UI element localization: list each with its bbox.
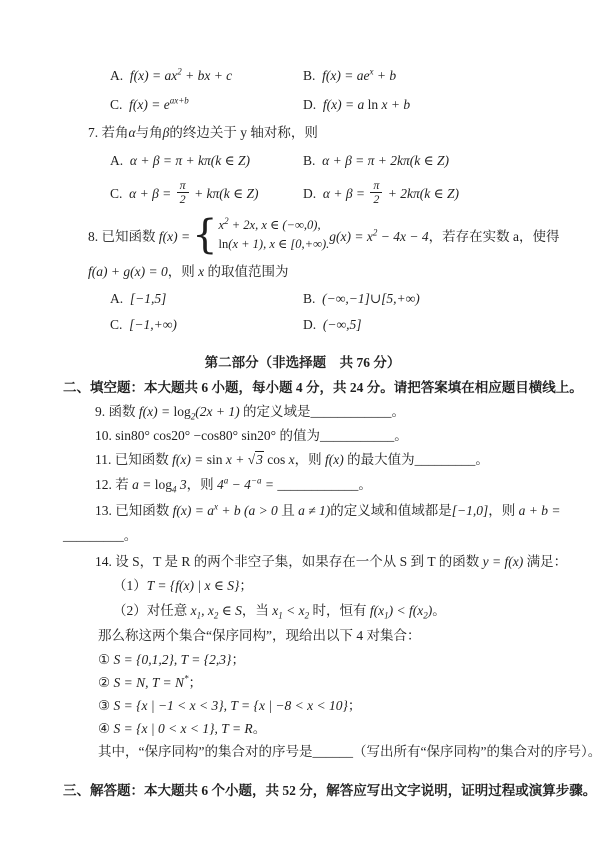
q14-set-pair-1: ① S = {0,1,2}, T = {2,3}； bbox=[98, 648, 542, 671]
q9-line: 9. 函数 f(x) = log2(2x + 1) 的定义域是_________… bbox=[95, 400, 542, 424]
q8-stem-prefix: 8. 已知函数 f(x) = bbox=[88, 225, 190, 245]
q8-piecewise-cases: x2 + 2x, x ∈ (−∞,0), ln(x + 1), x ∈ [0,+… bbox=[219, 216, 330, 254]
q8-options-row-ab: A. [−1,5] B. (−∞,−1]∪[5,+∞) bbox=[110, 286, 542, 312]
q8-option-b: B. (−∞,−1]∪[5,+∞) bbox=[303, 286, 420, 312]
q11-line: 11. 已知函数 f(x) = sin x + √3 cos x，则 f(x) … bbox=[95, 448, 542, 472]
q8-stem-line: 8. 已知函数 f(x) = { x2 + 2x, x ∈ (−∞,0), ln… bbox=[88, 212, 542, 258]
q7-option-d: D. α + β = π2 + 2kπ(k ∈ Z) bbox=[303, 176, 459, 212]
part2-section-intro: 二、填空题：本大题共 6 小题，每小题 4 分，共 24 分。请把答案填在相应题… bbox=[63, 376, 542, 400]
q7-options-row-ab: A. α + β = π + kπ(k ∈ Z) B. α + β = π + … bbox=[110, 146, 542, 176]
q14-set-pair-3: ③ S = {x | −1 < x < 3}, T = {x | −8 < x … bbox=[98, 694, 542, 717]
q13-line-2: _________。 bbox=[63, 524, 542, 548]
q6-option-b: B. f(x) = aex + b bbox=[303, 62, 396, 90]
q7-option-c: C. α + β = π2 + kπ(k ∈ Z) bbox=[110, 176, 303, 212]
part3-section-intro: 三、解答题：本大题共 6 个小题，共 52 分，解答应写出文字说明，证明过程或演… bbox=[63, 778, 542, 804]
q6-option-a: A. f(x) = ax2 + bx + c bbox=[110, 62, 303, 90]
q8-stem-suffix: g(x) = x2 − 4x − 4，若存在实数 a，使得 bbox=[329, 225, 559, 245]
q14-stem: 14. 设 S，T 是 R 的两个非空子集，如果存在一个从 S 到 T 的函数 … bbox=[95, 550, 542, 574]
q6-option-c: C. f(x) = eax+b bbox=[110, 90, 303, 120]
q6-options-row-cd: C. f(x) = eax+b D. f(x) = a ln x + b bbox=[110, 90, 542, 120]
exam-paper-page: A. f(x) = ax2 + bx + c B. f(x) = aex + b… bbox=[0, 0, 600, 848]
q8-option-d: D. (−∞,5] bbox=[303, 312, 361, 338]
q14-answer-line: 其中，“保序同构”的集合对的序号是______（写出所有“保序同构”的集合对的序… bbox=[98, 740, 542, 764]
q8-options-row-cd: C. [−1,+∞) D. (−∞,5] bbox=[110, 312, 542, 338]
piecewise-brace: { bbox=[192, 215, 217, 255]
q14-note: 那么称这两个集合“保序同构”，现给出以下 4 对集合： bbox=[98, 624, 542, 648]
q8-piece-2: ln(x + 1), x ∈ [0,+∞). bbox=[219, 235, 330, 254]
q8-stem-line2: f(a) + g(x) = 0，则 x 的取值范围为 bbox=[88, 258, 542, 286]
q8-option-c: C. [−1,+∞) bbox=[110, 312, 303, 338]
q13-line-1: 13. 已知函数 f(x) = ax + b (a > 0 且 a ≠ 1)的定… bbox=[95, 498, 542, 524]
q7-option-b: B. α + β = π + 2kπ(k ∈ Z) bbox=[303, 146, 449, 176]
q12-line: 12. 若 a = log4 3，则 4a − 4−a = __________… bbox=[95, 472, 542, 498]
q6-options-row-ab: A. f(x) = ax2 + bx + c B. f(x) = aex + b bbox=[110, 62, 542, 90]
q8-piece-1: x2 + 2x, x ∈ (−∞,0), bbox=[219, 216, 330, 235]
q14-set-pair-2: ② S = N, T = N*； bbox=[98, 671, 542, 694]
q7-stem: 7. 若角α与角β的终边关于 y 轴对称，则 bbox=[88, 120, 542, 146]
q14-item-1: （1）T = {f(x) | x ∈ S}； bbox=[113, 574, 542, 598]
q10-line: 10. sin80° cos20° −cos80° sin20° 的值为____… bbox=[95, 424, 542, 448]
q7-option-a: A. α + β = π + kπ(k ∈ Z) bbox=[110, 146, 303, 176]
q14-set-pair-4: ④ S = {x | 0 < x < 1}, T = R。 bbox=[98, 717, 542, 740]
q6-option-d: D. f(x) = a ln x + b bbox=[303, 90, 410, 120]
q8-option-a: A. [−1,5] bbox=[110, 286, 303, 312]
q7-options-row-cd: C. α + β = π2 + kπ(k ∈ Z) D. α + β = π2 … bbox=[110, 176, 542, 212]
q14-item-2: （2）对任意 x1, x2 ∈ S，当 x1 < x2 时，恒有 f(x1) <… bbox=[113, 598, 542, 624]
part2-heading: 第二部分（非选择题 共 76 分） bbox=[63, 350, 542, 376]
